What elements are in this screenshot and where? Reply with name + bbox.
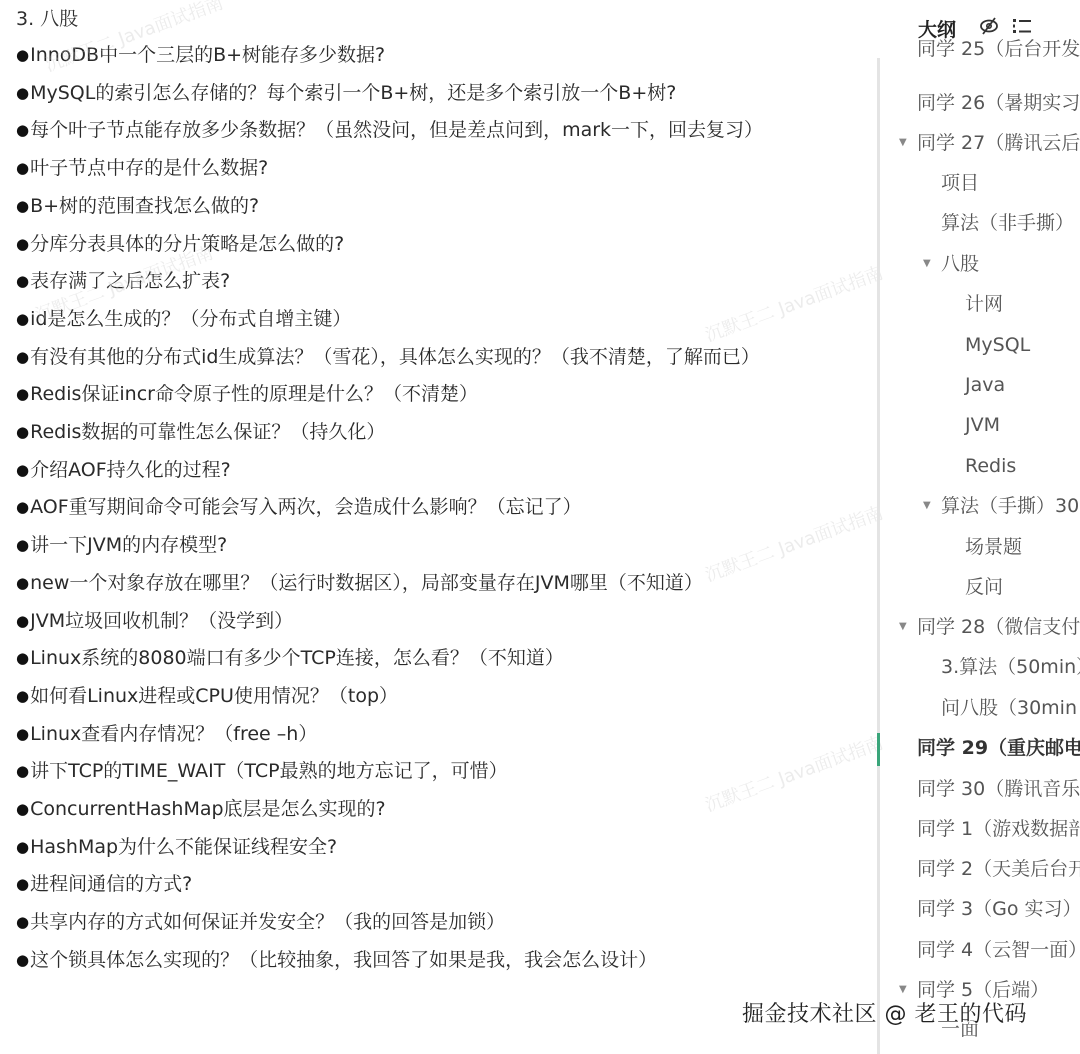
document-content: 3. 八股 ●InnoDB中一个三层的B+树能存多少数据?●MySQL的索引怎么… — [0, 0, 860, 1054]
bullet-icon: ● — [16, 235, 29, 253]
question-text: 表存满了之后怎么扩表? — [30, 270, 230, 292]
caret-down-icon[interactable]: ▼ — [899, 612, 907, 642]
outline-item-label: 同学 29（重庆邮电 — [917, 737, 1080, 759]
question-text: 分库分表具体的分片策略是怎么做的? — [30, 233, 344, 255]
outline-item-label: 同学 27（腾讯云后 — [917, 132, 1080, 154]
bullet-icon: ● — [16, 612, 29, 630]
question-item: ●id是怎么生成的？（分布式自增主键） — [16, 301, 816, 339]
outline-item-label: 问八股（30min — [941, 697, 1077, 719]
outline-panel: 大纲 同学 25（后台开发同学 26（暑期实习▼同学 27（腾讯云后项目算法（非… — [880, 0, 1080, 1054]
question-item: ●叶子节点中存的是什么数据? — [16, 150, 816, 188]
question-text: ConcurrentHashMap底层是怎么实现的? — [30, 798, 386, 820]
bullet-icon: ● — [16, 159, 29, 177]
outline-item-label: 同学 2（天美后台开 — [917, 858, 1080, 880]
outline-item-label: 八股 — [941, 253, 979, 275]
question-text: 进程间通信的方式? — [30, 873, 192, 895]
outline-item-label: 同学 28（微信支付 — [917, 616, 1080, 638]
question-text: new一个对象存放在哪里？（运行时数据区），局部变量存在JVM哪里（不知道） — [30, 572, 703, 594]
outline-item[interactable]: Redis — [965, 451, 1016, 481]
question-item: ●介绍AOF持久化的过程? — [16, 452, 816, 490]
question-item: ●new一个对象存放在哪里？（运行时数据区），局部变量存在JVM哪里（不知道） — [16, 565, 816, 603]
question-item: ●ConcurrentHashMap底层是怎么实现的? — [16, 791, 816, 829]
outline-item[interactable]: Java — [965, 370, 1005, 400]
outline-item[interactable]: 同学 1（游戏数据部 — [917, 814, 1080, 844]
question-text: 介绍AOF持久化的过程? — [30, 459, 231, 481]
question-text: JVM垃圾回收机制？（没学到） — [30, 610, 293, 632]
question-text: 有没有其他的分布式id生成算法？（雪花），具体怎么实现的？（我不清楚，了解而已） — [30, 346, 760, 368]
question-text: id是怎么生成的？（分布式自增主键） — [30, 308, 351, 330]
section-heading: 3. 八股 — [16, 1, 860, 37]
outline-item[interactable]: 同学 4（云智一面） — [917, 935, 1080, 965]
outline-item-label: 同学 4（云智一面） — [917, 939, 1080, 961]
question-text: HashMap为什么不能保证线程安全? — [30, 836, 337, 858]
caret-down-icon[interactable]: ▼ — [923, 249, 931, 279]
question-text: InnoDB中一个三层的B+树能存多少数据? — [30, 44, 385, 66]
outline-item[interactable]: MySQL — [965, 330, 1030, 360]
bullet-icon: ● — [16, 121, 29, 139]
outline-item-label: 同学 26（暑期实习 — [917, 92, 1080, 114]
bullet-icon: ● — [16, 951, 29, 969]
question-item: ●AOF重写期间命令可能会写入两次，会造成什么影响？（忘记了） — [16, 489, 816, 527]
question-item: ●Redis保证incr命令原子性的原理是什么？（不清楚） — [16, 376, 816, 414]
question-item: ●讲下TCP的TIME_WAIT（TCP最熟的地方忘记了，可惜） — [16, 753, 816, 791]
question-text: 讲一下JVM的内存模型? — [30, 534, 227, 556]
question-text: AOF重写期间命令可能会写入两次，会造成什么影响？（忘记了） — [30, 496, 582, 518]
outline-item-label: 场景题 — [965, 536, 1022, 558]
question-text: Linux查看内存情况？（free –h） — [30, 723, 317, 745]
outline-item-label: 计网 — [965, 293, 1003, 315]
bullet-icon: ● — [16, 687, 29, 705]
question-item: ●Linux查看内存情况？（free –h） — [16, 716, 816, 754]
question-item: ●InnoDB中一个三层的B+树能存多少数据? — [16, 37, 816, 75]
outline-item[interactable]: 同学 2（天美后台开 — [917, 854, 1080, 884]
outline-item-label: JVM — [965, 414, 1000, 436]
outline-item[interactable]: 同学 25（后台开发 — [917, 34, 1080, 64]
footer-watermark: 掘金技术社区 @ 老王的代码 — [742, 997, 1027, 1028]
question-item: ●讲一下JVM的内存模型? — [16, 527, 816, 565]
outline-item-label: Java — [965, 374, 1005, 396]
outline-item[interactable]: JVM — [965, 410, 1000, 440]
outline-item-label: 3.算法（50min） — [941, 656, 1080, 678]
outline-item-label: MySQL — [965, 334, 1030, 356]
outline-item-label: 算法（手撕）30 — [941, 495, 1079, 517]
outline-item[interactable]: 同学 26（暑期实习 — [917, 88, 1080, 118]
outline-item[interactable]: 同学 29（重庆邮电 — [917, 733, 1080, 763]
question-text: Redis保证incr命令原子性的原理是什么？（不清楚） — [30, 383, 478, 405]
outline-item[interactable]: 同学 3（Go 实习） — [917, 894, 1080, 924]
outline-item[interactable]: 反问 — [965, 572, 1003, 602]
outline-item-label: 同学 25（后台开发 — [917, 38, 1080, 60]
question-text: MySQL的索引怎么存储的？每个索引一个B+树，还是多个索引放一个B+树? — [30, 82, 676, 104]
outline-item[interactable]: 3.算法（50min） — [941, 652, 1080, 682]
question-item: ●进程间通信的方式? — [16, 866, 816, 904]
bullet-icon: ● — [16, 348, 29, 366]
question-item: ●HashMap为什么不能保证线程安全? — [16, 829, 816, 867]
bullet-icon: ● — [16, 913, 29, 931]
bullet-icon: ● — [16, 800, 29, 818]
bullet-icon: ● — [16, 310, 29, 328]
question-text: Redis数据的可靠性怎么保证？（持久化） — [30, 421, 385, 443]
outline-item-label: Redis — [965, 455, 1016, 477]
bullet-icon: ● — [16, 838, 29, 856]
bullet-icon: ● — [16, 423, 29, 441]
bullet-icon: ● — [16, 272, 29, 290]
outline-item[interactable]: 计网 — [965, 289, 1003, 319]
bullet-icon: ● — [16, 574, 29, 592]
question-list: ●InnoDB中一个三层的B+树能存多少数据?●MySQL的索引怎么存储的？每个… — [16, 37, 860, 980]
outline-item[interactable]: 项目 — [941, 168, 979, 198]
question-item: ●共享内存的方式如何保证并发安全？（我的回答是加锁） — [16, 904, 816, 942]
question-item: ●B+树的范围查找怎么做的? — [16, 188, 816, 226]
question-item: ●如何看Linux进程或CPU使用情况？（top） — [16, 678, 816, 716]
question-item: ●表存满了之后怎么扩表? — [16, 263, 816, 301]
question-text: 如何看Linux进程或CPU使用情况？（top） — [30, 685, 398, 707]
outline-item-label: 同学 3（Go 实习） — [917, 898, 1080, 920]
bullet-icon: ● — [16, 649, 29, 667]
outline-item[interactable]: ▼同学 28（微信支付 — [917, 612, 1080, 642]
bullet-icon: ● — [16, 46, 29, 64]
outline-item-label: 同学 30（腾讯音乐 — [917, 778, 1080, 800]
outline-item[interactable]: 同学 30（腾讯音乐 — [917, 774, 1080, 804]
bullet-icon: ● — [16, 762, 29, 780]
question-item: ●MySQL的索引怎么存储的？每个索引一个B+树，还是多个索引放一个B+树? — [16, 75, 816, 113]
question-item: ●这个锁具体怎么实现的？（比较抽象，我回答了如果是我，我会怎么设计） — [16, 942, 816, 980]
outline-item-label: 反问 — [965, 576, 1003, 598]
bullet-icon: ● — [16, 385, 29, 403]
caret-down-icon[interactable]: ▼ — [899, 128, 907, 158]
question-item: ●JVM垃圾回收机制？（没学到） — [16, 603, 816, 641]
outline-item[interactable]: 场景题 — [965, 532, 1022, 562]
question-text: 每个叶子节点能存放多少条数据？（虽然没问，但是差点问到，mark一下，回去复习） — [30, 119, 763, 141]
question-item: ●Redis数据的可靠性怎么保证？（持久化） — [16, 414, 816, 452]
outline-item[interactable]: ▼八股 — [941, 249, 979, 279]
question-text: 共享内存的方式如何保证并发安全？（我的回答是加锁） — [30, 911, 505, 933]
question-text: Linux系统的8080端口有多少个TCP连接，怎么看？（不知道） — [30, 647, 564, 669]
bullet-icon: ● — [16, 461, 29, 479]
bullet-icon: ● — [16, 498, 29, 516]
outline-item[interactable]: 问八股（30min — [941, 693, 1077, 723]
question-item: ●分库分表具体的分片策略是怎么做的? — [16, 226, 816, 264]
question-item: ●有没有其他的分布式id生成算法？（雪花），具体怎么实现的？（我不清楚，了解而已… — [16, 339, 816, 377]
outline-item-label: 项目 — [941, 172, 979, 194]
bullet-icon: ● — [16, 725, 29, 743]
caret-down-icon[interactable]: ▼ — [923, 491, 931, 521]
question-item: ●每个叶子节点能存放多少条数据？（虽然没问，但是差点问到，mark一下，回去复习… — [16, 112, 816, 150]
outline-item-label: 同学 1（游戏数据部 — [917, 818, 1080, 840]
outline-item[interactable]: ▼同学 27（腾讯云后 — [917, 128, 1080, 158]
bullet-icon: ● — [16, 875, 29, 893]
bullet-icon: ● — [16, 536, 29, 554]
outline-item[interactable]: ▼算法（手撕）30 — [941, 491, 1079, 521]
question-text: 讲下TCP的TIME_WAIT（TCP最熟的地方忘记了，可惜） — [30, 760, 508, 782]
bullet-icon: ● — [16, 197, 29, 215]
outline-item-label: 算法（非手撕） — [941, 212, 1074, 234]
outline-item[interactable]: 算法（非手撕） — [941, 208, 1074, 238]
question-item: ●Linux系统的8080端口有多少个TCP连接，怎么看？（不知道） — [16, 640, 816, 678]
question-text: 这个锁具体怎么实现的？（比较抽象，我回答了如果是我，我会怎么设计） — [30, 949, 657, 971]
bullet-icon: ● — [16, 84, 29, 102]
question-text: B+树的范围查找怎么做的? — [30, 195, 259, 217]
question-text: 叶子节点中存的是什么数据? — [30, 157, 268, 179]
